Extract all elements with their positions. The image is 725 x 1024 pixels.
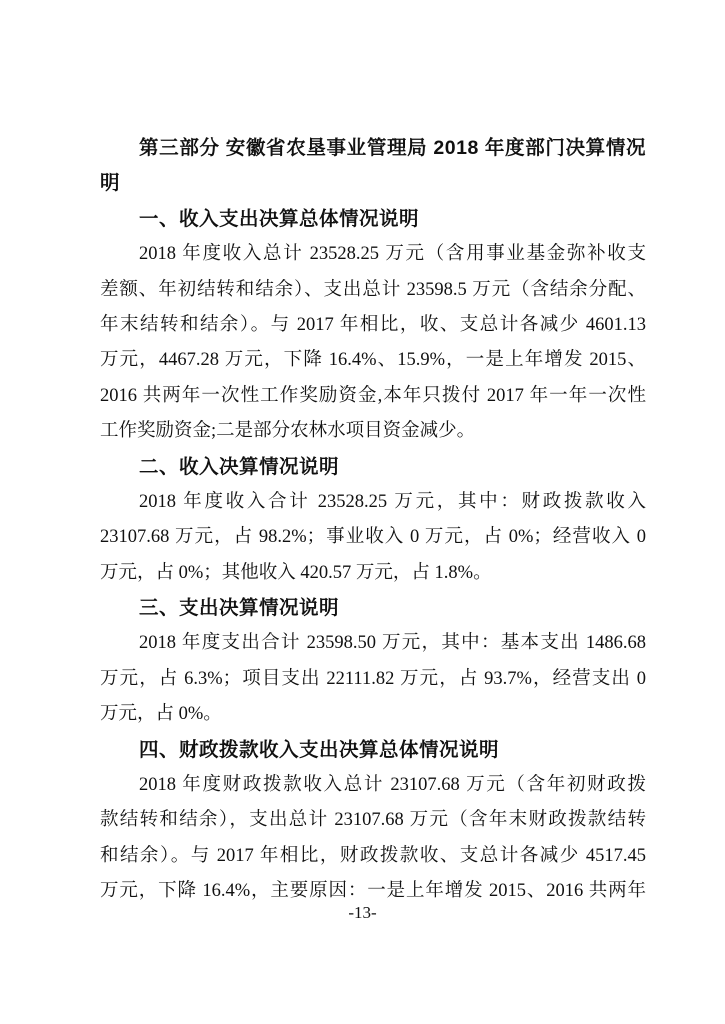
section-2-paragraph-line: 23107.68 万元，占 98.2%；事业收入 0 万元，占 0%；经营收入 … [100, 520, 646, 555]
section-2-paragraph-line: 2018 年度收入合计 23528.25 万元，其中：财政拨款收入 [100, 485, 646, 520]
section-3-heading: 三、支出决算情况说明 [100, 591, 646, 626]
section-1-paragraph-line: 工作奖励资金;二是部分农林水项目资金减少。 [100, 414, 646, 449]
section-4-paragraph-line: 款结转和结余），支出总计 23107.68 万元（含年末财政拨款结转 [100, 803, 646, 838]
document-title-line-1: 第三部分 安徽省农垦事业管理局 2018 年度部门决算情况说 [100, 131, 646, 166]
section-1-paragraph-line: 年末结转和结余）。与 2017 年相比，收、支总计各减少 4601.13 [100, 308, 646, 343]
page-number: -13- [0, 903, 725, 923]
section-4-paragraph-line: 和结余）。与 2017 年相比，财政拨款收、支总计各减少 4517.45 [100, 839, 646, 874]
section-4-heading: 四、财政拨款收入支出决算总体情况说明 [100, 733, 646, 768]
section-1-heading: 一、收入支出决算总体情况说明 [100, 202, 646, 237]
section-2-paragraph-line: 万元，占 0%；其他收入 420.57 万元，占 1.8%。 [100, 556, 646, 591]
document-title-line-2: 明 [100, 166, 646, 201]
section-1-paragraph-line: 差额、年初结转和结余）、支出总计 23598.5 万元（含结余分配、 [100, 273, 646, 308]
section-3-paragraph-line: 2018 年度支出合计 23598.50 万元，其中：基本支出 1486.68 [100, 626, 646, 661]
section-1-paragraph-line: 万元，4467.28 万元，下降 16.4%、15.9%，一是上年增发 2015… [100, 343, 646, 378]
section-1-paragraph-line: 2016 共两年一次性工作奖励资金,本年只拨付 2017 年一年一次性 [100, 379, 646, 414]
section-4-paragraph-line: 2018 年度财政拨款收入总计 23107.68 万元（含年初财政拨 [100, 768, 646, 803]
section-3-paragraph-line: 万元，占 0%。 [100, 697, 646, 732]
text-block: 第三部分 安徽省农垦事业管理局 2018 年度部门决算情况说 明 一、收入支出决… [100, 131, 646, 910]
section-2-heading: 二、收入决算情况说明 [100, 450, 646, 485]
section-1-paragraph-line: 2018 年度收入总计 23528.25 万元（含用事业基金弥补收支 [100, 237, 646, 272]
section-3-paragraph-line: 万元，占 6.3%；项目支出 22111.82 万元，占 93.7%，经营支出 … [100, 662, 646, 697]
document-page: 第三部分 安徽省农垦事业管理局 2018 年度部门决算情况说 明 一、收入支出决… [0, 0, 725, 1024]
